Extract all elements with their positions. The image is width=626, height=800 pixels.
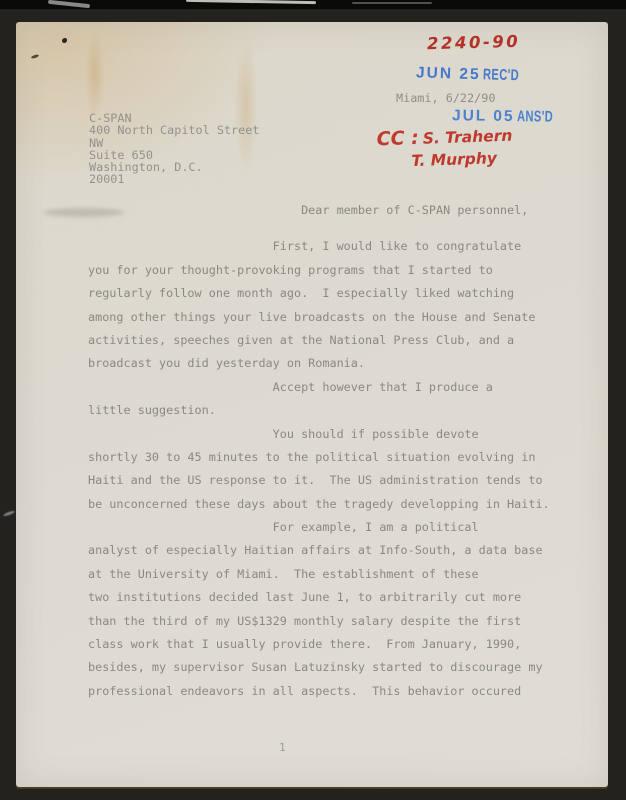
ink-speck	[31, 54, 40, 59]
letter-line: two institutions decided last June 1, to…	[88, 586, 550, 609]
received-stamp-suffix: REC'D	[482, 66, 519, 85]
backdrop-scratch	[3, 510, 15, 517]
letter-line: shortly 30 to 45 minutes to the politica…	[88, 446, 550, 469]
cc-name-1: S. Trahern	[422, 127, 512, 148]
letter-line: little suggestion.	[88, 399, 550, 422]
page-number: 1	[279, 741, 286, 754]
letter-line: besides, my supervisor Susan Latuzinsky …	[88, 656, 550, 679]
cc-annotation: CC :S. Trahern T. Murphy	[376, 124, 513, 172]
reflection-streak	[48, 0, 90, 8]
letter-body: Dear member of C-SPAN personnel, First, …	[88, 199, 550, 703]
letter-line: Accept however that I produce a	[88, 376, 550, 399]
recipient-address-block: C-SPAN 400 North Capitol Street NW Suite…	[89, 112, 259, 186]
letter-line: among other things your live broadcasts …	[88, 306, 550, 329]
letter-line: you for your thought-provoking programs …	[88, 259, 550, 282]
scanner-bed-edge	[0, 0, 626, 9]
cc-label: CC :	[376, 127, 419, 150]
cc-name-2: T. Murphy	[411, 149, 513, 171]
answered-stamp-suffix: ANS'D	[516, 108, 552, 127]
letter-line: Haiti and the US response to it. The US …	[88, 469, 550, 492]
letter-line: analyst of especially Haitian affairs at…	[88, 539, 550, 562]
letter-line: class work that I usually provide there.…	[88, 633, 550, 656]
letter-line: regularly follow one month ago. I especi…	[88, 282, 550, 305]
letter-line: activities, speeches given at the Nation…	[88, 329, 550, 352]
ink-speck	[62, 38, 67, 43]
letter-line: For example, I am a political	[88, 516, 550, 539]
letter-line: be unconcerned these days about the trag…	[88, 493, 550, 516]
letter-line: broadcast you did yesterday on Romania.	[88, 352, 550, 375]
reflection-streak	[186, 0, 316, 4]
answered-stamp-date: JUL 05	[452, 107, 515, 125]
scanned-letter-page: 2240-90 JUN 25REC'D Miami, 6/22/90 JUL 0…	[0, 0, 626, 800]
salutation: Dear member of C-SPAN personnel,	[88, 199, 550, 222]
cc-line-1: CC :S. Trahern	[376, 124, 512, 151]
letter-line: You should if possible devote	[88, 423, 550, 446]
letter-line: professional endeavors in all aspects. T…	[88, 680, 550, 703]
letter-paper: 2240-90 JUN 25REC'D Miami, 6/22/90 JUL 0…	[16, 22, 608, 787]
reflection-streak	[352, 2, 432, 4]
letter-line: at the University of Miami. The establis…	[88, 563, 550, 586]
line-spacer	[88, 222, 550, 235]
address-line: 400 North Capitol Street	[89, 124, 259, 136]
typed-dateline: Miami, 6/22/90	[396, 91, 495, 105]
file-number-annotation: 2240-90	[427, 32, 521, 53]
letter-line: First, I would like to congratulate	[88, 235, 550, 258]
received-stamp-date: JUN 25	[416, 64, 481, 83]
address-line: 20001	[89, 173, 259, 185]
received-date-stamp: JUN 25REC'D	[416, 64, 533, 85]
letter-line: than the third of my US$1329 monthly sal…	[88, 610, 550, 633]
